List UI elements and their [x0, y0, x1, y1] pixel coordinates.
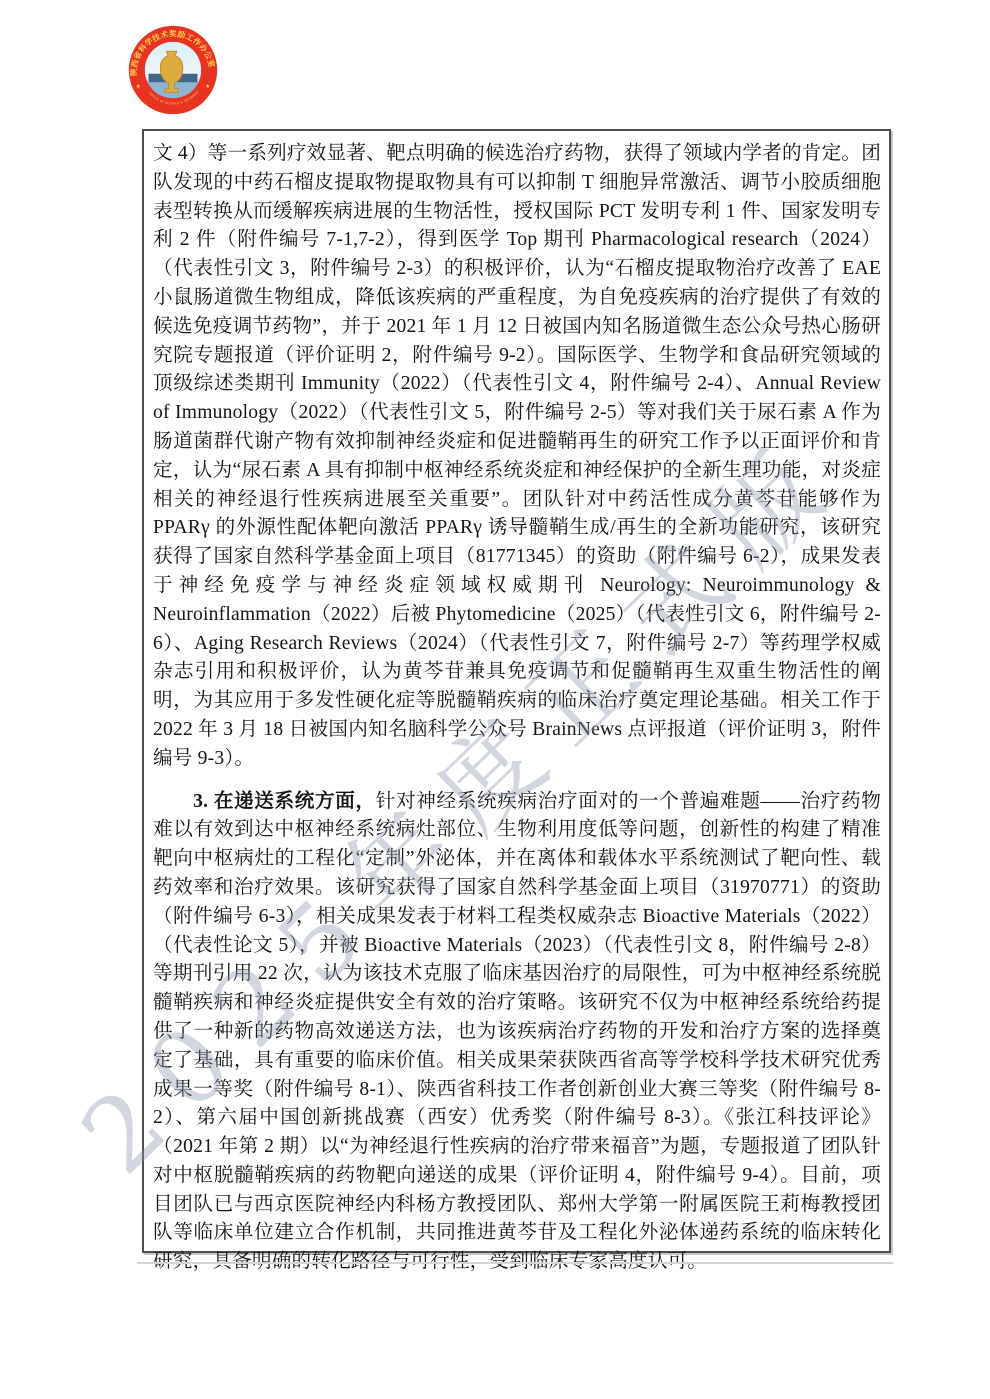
next-section-top-border	[137, 1262, 893, 1264]
document-page: 陕西省科学技术奖励工作办公室 OFFICE OF SCIENCE & TECHN…	[0, 0, 990, 1399]
content-box: 文 4）等一系列疗效显著、靶点明确的候选治疗药物，获得了领域内学者的肯定。团队发…	[142, 129, 891, 1253]
seal-star-left-icon: ★	[136, 83, 141, 90]
paragraph-delivery-system: 3. 在递送系统方面，针对神经系统疾病治疗面对的一个普遍难题——治疗药物难以有效…	[153, 788, 881, 1278]
award-office-seal: 陕西省科学技术奖励工作办公室 OFFICE OF SCIENCE & TECHN…	[126, 23, 220, 117]
seal-star-right-icon: ★	[205, 83, 210, 90]
seal-graphic: 陕西省科学技术奖励工作办公室 OFFICE OF SCIENCE & TECHN…	[126, 23, 220, 117]
paragraph-lead-bold: 3. 在递送系统方面，	[193, 791, 376, 812]
paragraph-body: 针对神经系统疾病治疗面对的一个普遍难题——治疗药物难以有效到达中枢神经系统病灶部…	[153, 791, 881, 1273]
paragraph-continued: 文 4）等一系列疗效显著、靶点明确的候选治疗药物，获得了领域内学者的肯定。团队发…	[153, 140, 881, 774]
